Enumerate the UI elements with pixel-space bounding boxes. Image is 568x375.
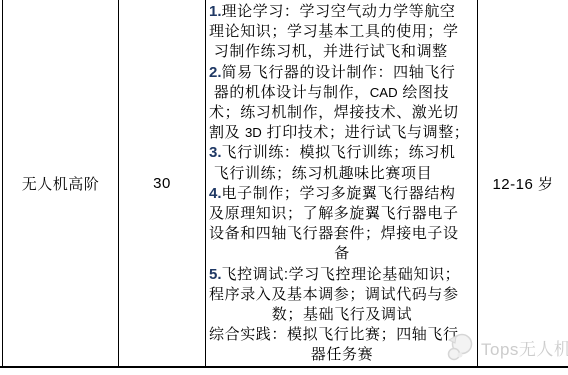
- description-line: 5.飞控调试:学习飞控理论基础知识；: [209, 265, 475, 285]
- description-line: 4.电子制作；学习多旋翼飞行器结构: [209, 184, 475, 204]
- document-page: 无人机高阶 30 1.理论学习：学习空气动力学等航空理论知识；学习基本工具的使用…: [0, 0, 568, 375]
- list-number: 3.: [209, 144, 222, 161]
- tops-logo-icon: [443, 330, 477, 364]
- description-line: 割及 3D 打印技术；进行试飞与调整；: [209, 123, 475, 143]
- description-line: 数；基础飞行及调试: [209, 305, 475, 325]
- list-number: 4.: [209, 185, 222, 202]
- course-description-cell: 1.理论学习：学习空气动力学等航空理论知识；学习基本工具的使用；学 习制作练习机…: [206, 0, 477, 367]
- description-line: 器的机体设计与制作，CAD 绘图技: [209, 83, 475, 103]
- session-count-cell: 30: [119, 0, 205, 367]
- description-line: 程序录入及基本调参；调试代码与参: [209, 285, 475, 305]
- description-line: 2.简易飞行器的设计制作：四轴飞行: [209, 63, 475, 83]
- age-range-cell: 12-16 岁: [478, 0, 568, 367]
- description-line: 综合实践：模拟飞行比赛；四轴飞行: [209, 325, 475, 345]
- description-line: 及原理知识；了解多旋翼飞行器电子: [209, 204, 475, 224]
- description-line: 3.飞行训练：模拟飞行训练；练习机: [209, 143, 475, 163]
- watermark: Tops无人机: [443, 328, 563, 366]
- watermark-text: Tops无人机: [481, 335, 568, 360]
- description-line: 习制作练习机，并进行试飞和调整: [209, 42, 475, 62]
- list-number: 5.: [209, 266, 222, 283]
- list-number: 1.: [209, 3, 222, 20]
- description-line: 备: [209, 244, 475, 264]
- description-line: 设备和四轴飞行器套件；焊接电子设: [209, 224, 475, 244]
- course-name-cell: 无人机高阶: [3, 0, 118, 367]
- description-line: 术；练习机制作，焊接技术、激光切: [209, 103, 475, 123]
- description-line: 飞行训练；练习机趣味比赛项目: [209, 164, 475, 184]
- list-number: 2.: [209, 64, 222, 81]
- description-line: 器任务赛: [209, 345, 475, 365]
- description-line: 理论知识；学习基本工具的使用；学: [209, 22, 475, 42]
- description-line: 1.理论学习：学习空气动力学等航空: [209, 2, 475, 22]
